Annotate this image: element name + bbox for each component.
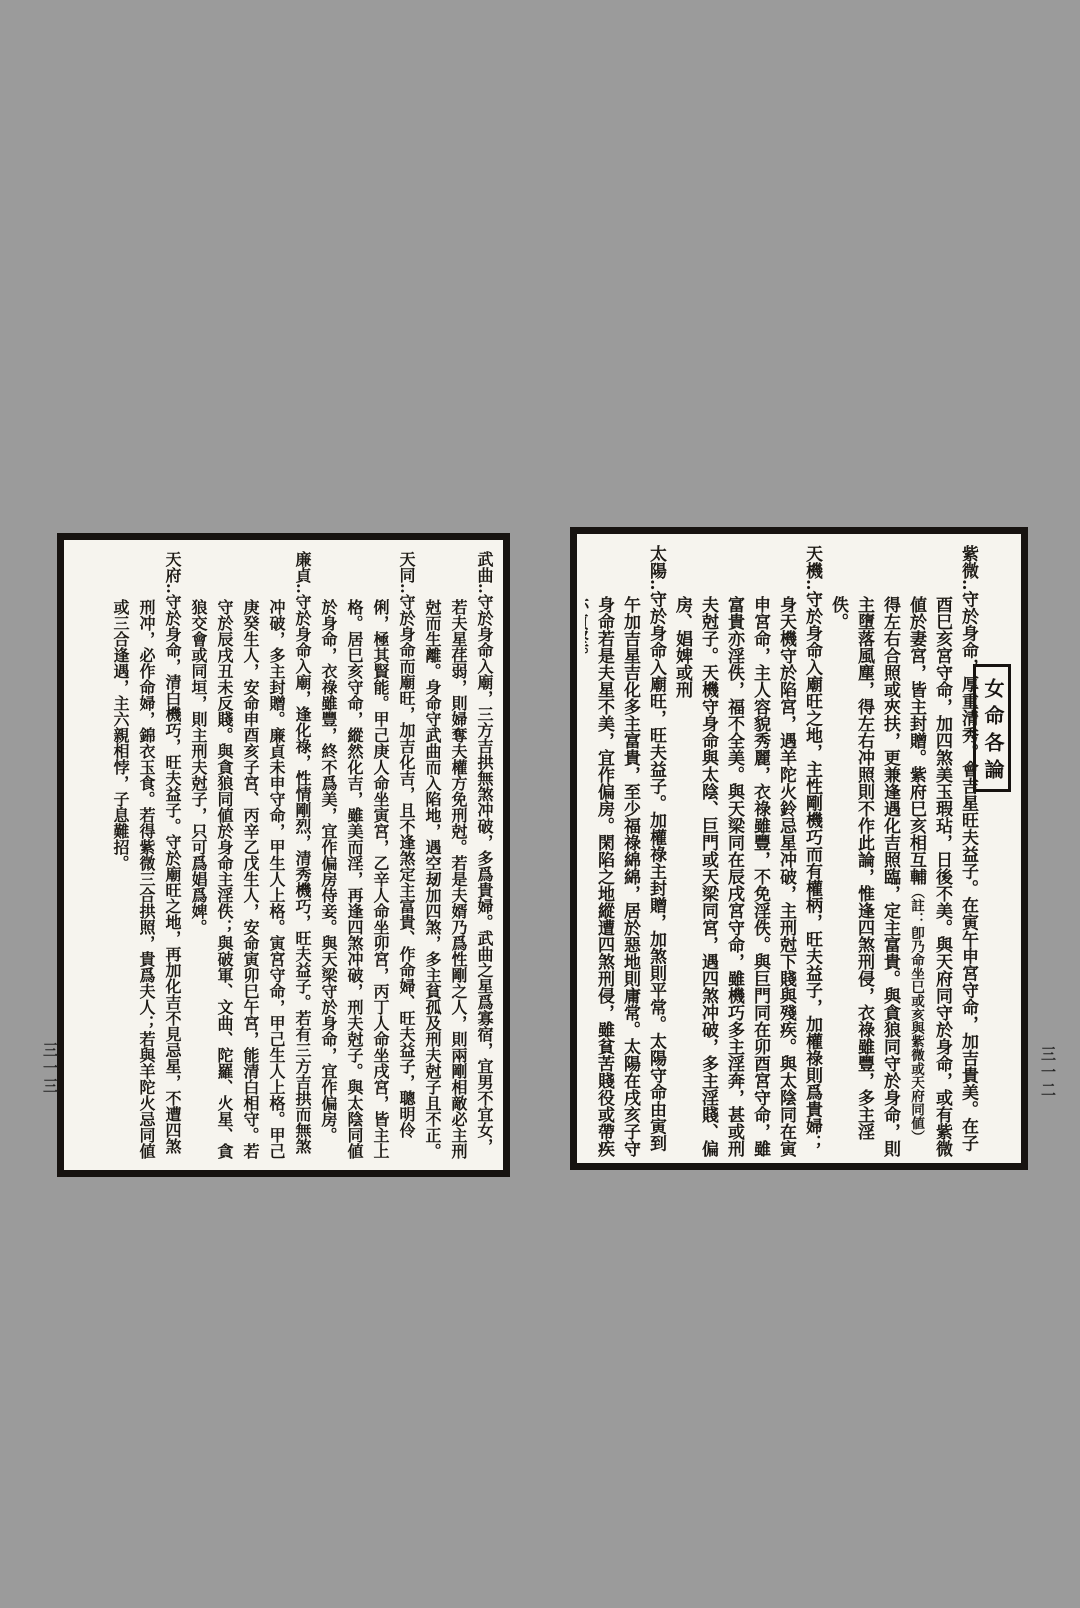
- section-tiantong: 天同‥守於身命而廟旺，加吉化吉，且不逢煞定主富貴、作命婦、旺夫益子，聰明伶俐，極…: [314, 599, 418, 1169]
- right-page-text: 紫微‥守於身命，厚重清秀。會吉星旺夫益子。在寅午申宮守命，加吉貴美。在子酉巳亥宮…: [585, 545, 981, 1159]
- page-right: 女命各論 紫微‥守於身命，厚重清秀。會吉星旺夫益子。在寅午申宮守命，加吉貴美。在…: [570, 527, 1028, 1170]
- section-taiyang: 太陽‥守於身命入廟旺，旺夫益子。加權祿主封贈，加煞則平常。太陽守命由寅到午加吉星…: [585, 596, 669, 1159]
- star-name-ziwei: 紫微: [959, 545, 978, 579]
- star-name-wuqu: 武曲: [475, 551, 492, 583]
- leader-dots: ‥: [647, 579, 666, 590]
- section-lianzhen: 廉貞‥守於身命入廟，逢化祿，性情剛烈，清秀機巧，旺夫益子。若有三方吉拱而無煞冲破…: [184, 599, 314, 1169]
- section-body: 守於身命入廟，逢化祿，性情剛烈，清秀機巧，旺夫益子。若有三方吉拱而無煞冲破，多主…: [189, 594, 310, 1159]
- section-tianfu: 天府‥守於身命，清白機巧，旺夫益子。守於廟旺之地，再加化吉不見忌星，不遭四煞刑冲…: [106, 599, 184, 1169]
- page-left: 武曲‥守於身命入廟，三方吉拱無煞冲破，多爲貴婦。武曲之星爲寡宿，宜男不宜女，若夫…: [57, 533, 510, 1177]
- star-name-taiyang: 太陽: [647, 545, 666, 579]
- star-name-tianji: 天機: [803, 545, 822, 579]
- leader-dots: ‥: [293, 583, 310, 594]
- book-scan-background: 女命各論 紫微‥守於身命，厚重清秀。會吉星旺夫益子。在寅午申宮守命，加吉貴美。在…: [0, 0, 1080, 1608]
- section-body: 守於身命入廟旺，旺夫益子。加權祿主封贈，加煞則平常。太陽守命由寅到午加吉星吉化多…: [585, 590, 666, 1157]
- section-tianji: 天機‥守於身命入廟旺之地，主性剛機巧而有權柄，旺夫益子，加權祿則爲貴婦；身天機守…: [669, 596, 825, 1159]
- leader-dots: ‥: [163, 583, 180, 594]
- chapter-title: 女命各論: [981, 678, 1003, 786]
- page-number-right: 三一二: [1037, 1046, 1058, 1100]
- inline-note: （註：卽乃命坐巳或亥與紫微或天府同値）: [909, 885, 924, 1143]
- section-body: 守於身命入廟，三方吉拱無煞冲破，多爲貴婦。武曲之星爲寡宿，宜男不宜女，若夫星荏弱…: [423, 594, 492, 1159]
- star-name-lianzhen: 廉貞: [293, 551, 310, 583]
- section-ziwei: 紫微‥守於身命，厚重清秀。會吉星旺夫益子。在寅午申宮守命，加吉貴美。在子酉巳亥宮…: [825, 596, 981, 1159]
- left-page-text: 武曲‥守於身命入廟，三方吉拱無煞冲破，多爲貴婦。武曲之星爲寡宿，宜男不宜女，若夫…: [72, 551, 496, 1169]
- section-wuqu: 武曲‥守於身命入廟，三方吉拱無煞冲破，多爲貴婦。武曲之星爲寡宿，宜男不宜女，若夫…: [418, 599, 496, 1169]
- star-name-tianfu: 天府: [163, 551, 180, 583]
- section-body: 守於身命，清白機巧，旺夫益子。守於廟旺之地，再加化吉不見忌星，不遭四煞刑冲，必作…: [111, 594, 180, 1159]
- section-body: 守於身命而廟旺，加吉化吉，且不逢煞定主富貴、作命婦、旺夫益子，聰明伶俐，極其賢能…: [319, 594, 414, 1159]
- section-body: 守於身命入廟旺之地，主性剛機巧而有權柄，旺夫益子，加權祿則爲貴婦；身天機守於陷宮…: [673, 590, 822, 1157]
- page-number-left: 三一三: [39, 1042, 60, 1096]
- leader-dots: ‥: [397, 583, 414, 594]
- leader-dots: ‥: [475, 583, 492, 594]
- leader-dots: ‥: [959, 579, 978, 590]
- star-name-tiantong: 天同: [397, 551, 414, 583]
- section-body: 得左右合照或夾扶，更兼逢遇化吉照臨，定主富貴。與貪狼同守於身命，則主墮落風塵，得…: [829, 596, 900, 1157]
- leader-dots: ‥: [803, 579, 822, 590]
